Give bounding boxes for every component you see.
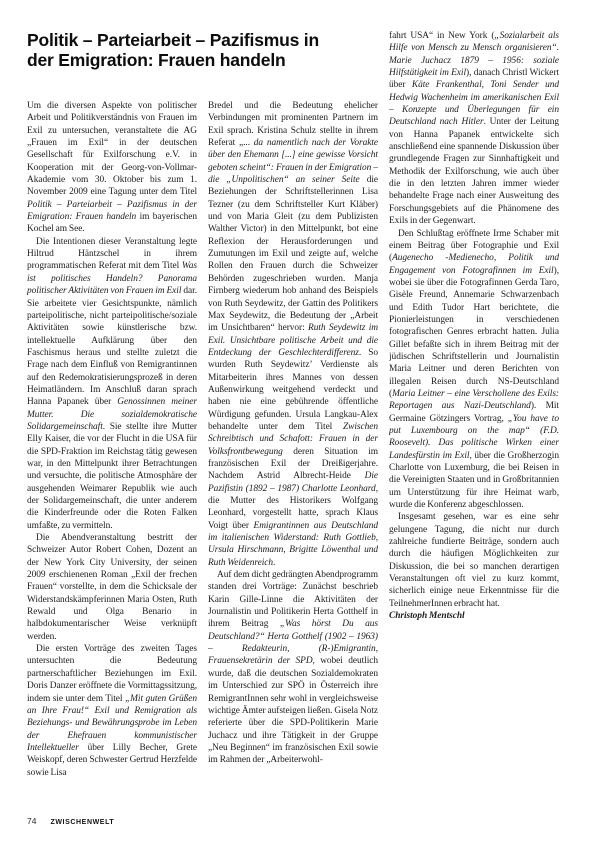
paragraph: Den Schlußtag eröffnete Irme Schaber mit… xyxy=(389,228,559,512)
text-segment: , wobei deutlich wurde, daß die deutsche… xyxy=(208,656,378,765)
paragraph: Christoph Mentschl xyxy=(389,610,559,622)
paragraph: Die ersten Vorträge des zweiten Tages un… xyxy=(27,643,197,779)
article-title: Politik – Parteiarbeit – Pazifismus in d… xyxy=(27,30,387,70)
text-segment: Die Intentionen dieser Veranstaltung leg… xyxy=(27,237,197,272)
text-segment: . xyxy=(273,558,275,568)
page-footer: 74 ZWISCHENWELT xyxy=(27,816,114,826)
paragraph: Um die diversen Aspekte von politischer … xyxy=(27,100,197,236)
paragraph: Die Abendveranstaltung bestritt der Schw… xyxy=(27,532,197,643)
text-segment: Um die diversen Aspekte von politischer … xyxy=(27,101,197,197)
journal-name: ZWISCHENWELT xyxy=(50,819,114,826)
paragraph: Auf dem dicht gedrängten Abendprogramm s… xyxy=(208,569,378,767)
text-segment: fahrt USA“ in New York ( xyxy=(389,31,494,41)
text-segment: . Unter der Leitung von Hanna Papanek en… xyxy=(389,117,559,226)
text-column-3: fahrt USA“ in New York („Sozialarbeit al… xyxy=(389,30,559,812)
text-segment: Insgesamt gesehen, war es eine sehr gelu… xyxy=(389,512,559,608)
text-segment: ), wobei sie über die Fotografinnen Gerd… xyxy=(389,266,559,399)
text-segment: die Beziehungen der Schriftstellerinnen … xyxy=(208,175,378,333)
paragraph: Insgesamt gesehen, war es eine sehr gelu… xyxy=(389,511,559,610)
paragraph: fahrt USA“ in New York („Sozialarbeit al… xyxy=(389,30,559,228)
paragraph: Bredel und die Bedeutung ehelicher Verbi… xyxy=(208,100,378,569)
text-column-2: Bredel und die Bedeutung ehelicher Verbi… xyxy=(208,100,378,812)
article-title-line1: Politik – Parteiarbeit – Pazifismus in xyxy=(27,30,387,50)
text-segment: . So wurden Ruth Seydewitz’ Verdienste a… xyxy=(208,348,378,432)
paragraph: Die Intentionen dieser Veranstaltung leg… xyxy=(27,236,197,532)
article-title-line2: der Emigration: Frauen handeln xyxy=(27,50,387,70)
text-column-1: Um die diversen Aspekte von politischer … xyxy=(27,100,197,812)
emphasized-text-segment: Augenecho -Medienecho, Politik und Engag… xyxy=(389,253,559,275)
text-segment: Die Abendveranstaltung bestritt der Schw… xyxy=(27,533,197,642)
text-segment: dar. Sie arbeitete vier Gesichtspunkte, … xyxy=(27,286,197,407)
page-number: 74 xyxy=(27,816,36,826)
journal-page: Politik – Parteiarbeit – Pazifismus in d… xyxy=(0,0,600,849)
emphasized-text-segment: Christoph Mentschl xyxy=(389,611,465,621)
text-segment: . Sie stellte ihre Mutter Elly Kaiser, d… xyxy=(27,422,197,531)
